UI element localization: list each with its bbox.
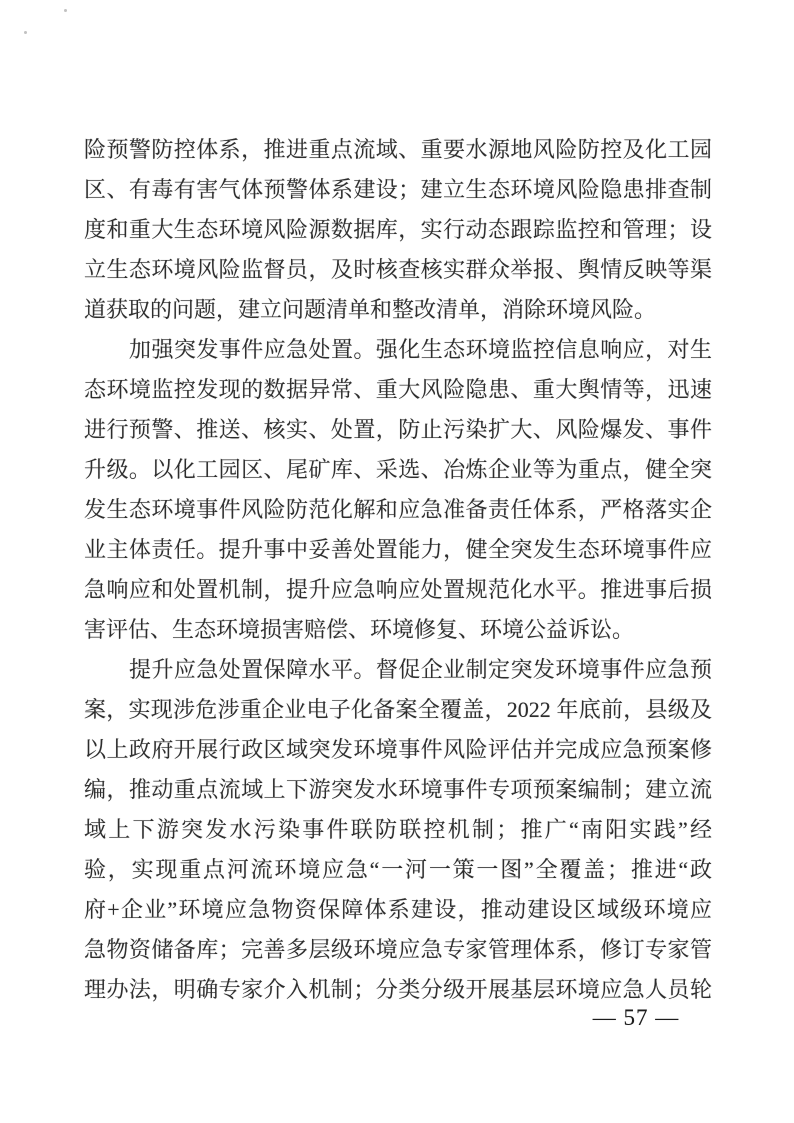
text-line: 道获取的问题，建立问题清单和整改清单，消除环境风险。 — [84, 290, 712, 330]
text-line: 发生态环境事件风险防范化解和应急准备责任体系，严格落实企 — [84, 490, 712, 530]
text-line: 害评估、生态环境损害赔偿、环境修复、环境公益诉讼。 — [84, 610, 712, 650]
text-line: 急响应和处置机制，提升应急响应处置规范化水平。推进事后损 — [84, 570, 712, 610]
text-line: 验，实现重点河流环境应急“一河一策一图”全覆盖；推进“政 — [84, 850, 712, 890]
text-line: 险预警防控体系，推进重点流域、重要水源地风险防控及化工园 — [84, 130, 712, 170]
text-line: 业主体责任。提升事中妥善处置能力，健全突发生态环境事件应 — [84, 530, 712, 570]
scan-artifact — [64, 9, 67, 12]
text-line: 立生态环境风险监督员，及时核查核实群众举报、舆情反映等渠 — [84, 250, 712, 290]
text-line: 府+企业”环境应急物资保障体系建设，推动建设区域级环境应 — [84, 890, 712, 930]
text-line: 以上政府开展行政区域突发环境事件风险评估并完成应急预案修 — [84, 730, 712, 770]
text-line: 进行预警、推送、核实、处置，防止污染扩大、风险爆发、事件 — [84, 410, 712, 450]
text-line: 加强突发事件应急处置。强化生态环境监控信息响应，对生 — [84, 330, 712, 370]
text-line: 提升应急处置保障水平。督促企业制定突发环境事件应急预 — [84, 650, 712, 690]
text-line: 域上下游突发水污染事件联防联控机制；推广“南阳实践”经 — [84, 810, 712, 850]
document-page: 险预警防控体系，推进重点流域、重要水源地风险防控及化工园区、有毒有害气体预警体系… — [0, 0, 794, 1123]
body-text: 险预警防控体系，推进重点流域、重要水源地风险防控及化工园区、有毒有害气体预警体系… — [84, 130, 712, 1010]
text-line: 度和重大生态环境风险源数据库，实行动态跟踪监控和管理；设 — [84, 210, 712, 250]
text-line: 升级。以化工园区、尾矿库、采选、冶炼企业等为重点，健全突 — [84, 450, 712, 490]
scan-artifact — [24, 31, 27, 34]
text-line: 编，推动重点流域上下游突发水环境事件专项预案编制；建立流 — [84, 770, 712, 810]
text-line: 案，实现涉危涉重企业电子化备案全覆盖，2022 年底前，县级及 — [84, 690, 712, 730]
text-line: 态环境监控发现的数据异常、重大风险隐患、重大舆情等，迅速 — [84, 370, 712, 410]
text-line: 急物资储备库；完善多层级环境应急专家管理体系，修订专家管 — [84, 930, 712, 970]
page-number: — 57 — — [560, 1003, 712, 1033]
text-line: 区、有毒有害气体预警体系建设；建立生态环境风险隐患排查制 — [84, 170, 712, 210]
